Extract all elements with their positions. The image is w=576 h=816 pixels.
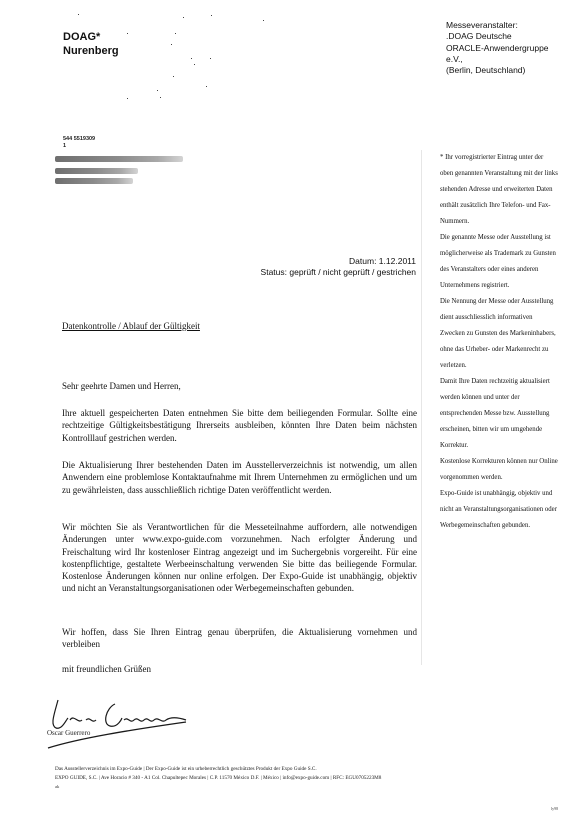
scan-speck [173,76,174,77]
scan-speck [183,17,184,18]
salutation-text: Sehr geehrte Damen und Herren, [62,380,417,392]
footer-line1: Das Ausstellerverzeichnis im Expo-Guide … [55,765,381,774]
organizer-line: (Berlin, Deutschland) [446,65,549,76]
footer: Das Ausstellerverzeichnis im Expo-Guide … [55,765,381,783]
salutation: Sehr geehrte Damen und Herren, [62,380,417,392]
sidebar-paragraph: Expo-Guide ist unabhängig, objektiv und … [440,486,558,534]
scan-speck [160,97,161,98]
redacted-address-line [55,168,138,174]
organizer-line: .DOAG Deutsche [446,31,549,42]
date-status-block: Datum: 1.12.2011 Status: geprüft / nicht… [261,256,416,278]
scan-speck [175,33,176,34]
closing-text: mit freundlichen Grüßen [62,663,417,675]
paragraph-3: Wir möchten Sie als Verantwortlichen für… [62,521,417,595]
date-line: Datum: 1.12.2011 [261,256,416,267]
paragraph-text: Die Aktualisierung Ihrer bestehenden Dat… [62,459,417,496]
organizer-line: ORACLE-Anwendergruppe [446,43,549,54]
sidebar-divider [421,150,422,665]
reference-block: 544 5519309 1 [63,136,95,150]
paragraph-text: Ihre aktuell gespeicherten Daten entnehm… [62,407,417,444]
redacted-address-line [55,178,133,184]
paragraph-2: Die Aktualisierung Ihrer bestehenden Dat… [62,459,417,496]
page-mark: ly98 [551,806,558,811]
sidebar-paragraph: Die Nennung der Messe oder Ausstellung d… [440,294,558,374]
reference-suffix: 1 [63,143,95,150]
paragraph-4: Wir hoffen, dass Sie Ihren Eintrag genau… [62,626,417,651]
paragraph-text: Wir hoffen, dass Sie Ihren Eintrag genau… [62,626,417,651]
scan-speck [210,58,211,59]
scan-speck [127,98,128,99]
status-line: Status: geprüft / nicht geprüft / gestri… [261,267,416,278]
sidebar-paragraph: Die genannte Messe oder Ausstellung ist … [440,230,558,294]
recipient-line2: Nurenberg [63,44,119,58]
footer-mark: ak [55,784,59,789]
scan-speck [211,15,212,16]
scan-speck [157,90,158,91]
sidebar-paragraph: Kostenlose Korrekturen können nur Online… [440,454,558,486]
scan-speck [194,64,195,65]
scan-speck [191,58,192,59]
reference-number: 544 5519309 [63,136,95,143]
paragraph-1: Ihre aktuell gespeicherten Daten entnehm… [62,407,417,444]
signature-printed-name: Oscar Guerrero [47,729,90,737]
recipient-line1: DOAG* [63,30,119,44]
scan-speck [127,33,128,34]
recipient-block: DOAG* Nurenberg [63,30,119,58]
organizer-label: Messeveranstalter: [446,20,549,31]
sidebar-paragraph: * Ihr vorregistrierter Eintrag unter der… [440,150,558,230]
scan-speck [263,20,264,21]
paragraph-text: Wir möchten Sie als Verantwortlichen für… [62,521,417,595]
closing: mit freundlichen Grüßen [62,663,417,675]
sidebar-paragraph: Damit Ihre Daten rechtzeitig aktualisier… [440,374,558,454]
scan-speck [171,44,172,45]
redacted-address-line [55,156,183,162]
scan-speck [206,86,207,87]
organizer-block: Messeveranstalter: .DOAG Deutsche ORACLE… [446,20,549,76]
sidebar-notes: * Ihr vorregistrierter Eintrag unter der… [440,150,558,534]
subject-line: Datenkontrolle / Ablauf der Gültigkeit [62,321,200,331]
scan-speck [78,14,79,15]
footer-line2: EXPO GUIDE, S.C. | Ave Horacio # 340 - A… [55,774,381,783]
organizer-line: e.V., [446,54,549,65]
signature-scribble [40,690,190,750]
